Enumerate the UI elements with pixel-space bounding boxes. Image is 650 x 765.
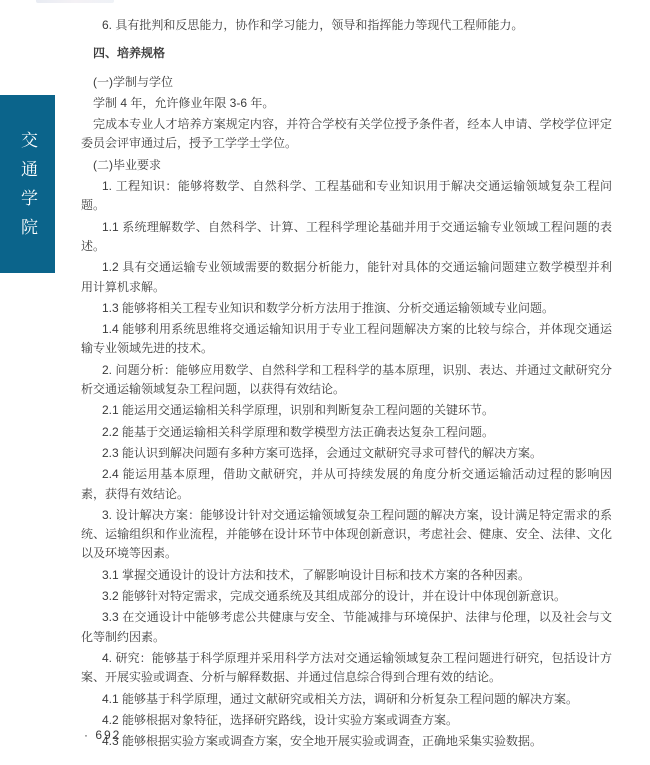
paragraph: 1.3 能够将相关工程专业知识和数学分析方法用于推演、分析交通运输领域专业问题。 — [81, 299, 612, 318]
paragraph: 4. 研究：能够基于科学原理并采用科学方法对交通运输领域复杂工程问题进行研究，包… — [81, 649, 612, 688]
paragraph: 4.2 能够根据对象特征，选择研究路线，设计实验方案或调查方案。 — [81, 711, 612, 730]
paragraph: 完成本专业人才培养方案规定内容，并符合学校有关学位授予条件者，经本人申请、学校学… — [81, 115, 612, 154]
paragraph: 1.1 系统理解数学、自然科学、计算、工程科学理论基础并用于交通运输专业领域工程… — [81, 218, 612, 257]
page-number: · 692 · — [84, 728, 133, 742]
college-name-label: 交通学院 — [15, 121, 40, 247]
paragraph: 3.2 能够针对特定需求，完成交通系统及其组成部分的设计，并在设计中体现创新意识… — [81, 587, 612, 606]
paragraph: 2.2 能基于交通运输相关科学原理和数学模型方法正确表达复杂工程问题。 — [81, 423, 612, 442]
paragraph: 4.1 能够基于科学原理，通过文献研究或相关方法，调研和分析复杂工程问题的解决方… — [81, 690, 612, 709]
paragraph: 2.1 能运用交通运输相关科学原理，识别和判断复杂工程问题的关键环节。 — [81, 401, 612, 420]
subsection-heading: (二)毕业要求 — [81, 156, 612, 175]
section-heading: 四、培养规格 — [81, 44, 612, 63]
college-side-tab: 交通学院 — [0, 95, 55, 273]
paragraph: 3. 设计解决方案：能够设计针对交通运输领域复杂工程问题的解决方案，设计满足特定… — [81, 506, 612, 564]
paragraph: 4.3 能够根据实验方案或调查方案，安全地开展实验或调查，正确地采集实验数据。 — [81, 732, 612, 751]
document-body: 6. 具有批判和反思能力，协作和学习能力，领导和指挥能力等现代工程师能力。四、培… — [81, 16, 612, 753]
paragraph: 学制 4 年，允许修业年限 3-6 年。 — [81, 94, 612, 113]
paragraph: 3.1 掌握交通设计的设计方法和技术，了解影响设计目标和技术方案的各种因素。 — [81, 566, 612, 585]
paragraph: 1.4 能够利用系统思维将交通运输知识用于专业工程问题解决方案的比较与综合，并体… — [81, 320, 612, 359]
paragraph: 6. 具有批判和反思能力，协作和学习能力，领导和指挥能力等现代工程师能力。 — [81, 16, 612, 35]
paragraph: 2. 问题分析：能够应用数学、自然科学和工程科学的基本原理，识别、表达、并通过文… — [81, 361, 612, 400]
paragraph: 2.3 能认识到解决问题有多种方案可选择，会通过文献研究寻求可替代的解决方案。 — [81, 444, 612, 463]
paragraph: 2.4 能运用基本原理，借助文献研究，并从可持续发展的角度分析交通运输活动过程的… — [81, 465, 612, 504]
paragraph: 1.2 具有交通运输专业领域需要的数据分析能力，能针对具体的交通运输问题建立数学… — [81, 258, 612, 297]
paragraph: 3.3 在交通设计中能够考虑公共健康与安全、节能减排与环境保护、法律与伦理，以及… — [81, 608, 612, 647]
subsection-heading: (一)学制与学位 — [81, 73, 612, 92]
paragraph: 1. 工程知识：能够将数学、自然科学、工程基础和专业知识用于解决交通运输领域复杂… — [81, 177, 612, 216]
cropped-ui-artifact — [36, 0, 114, 3]
